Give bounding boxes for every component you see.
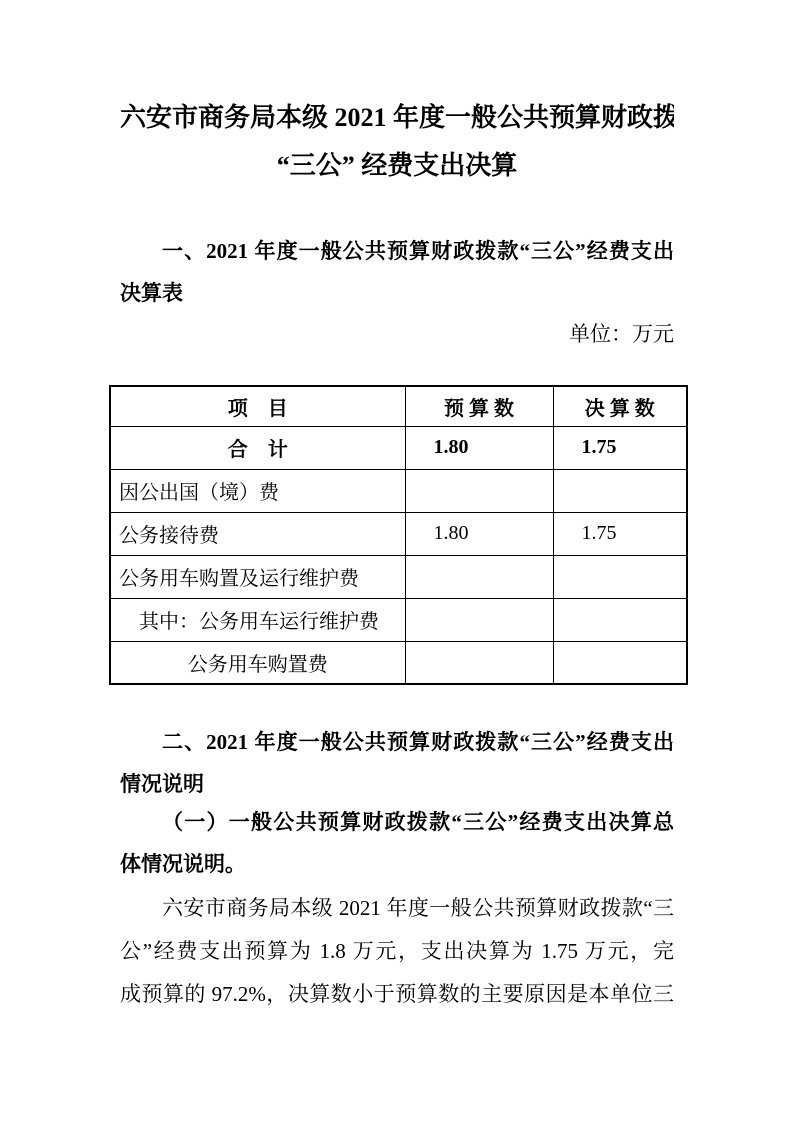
unit-label: 单位：万元 bbox=[120, 316, 674, 352]
final-cell bbox=[553, 598, 687, 641]
budget-cell bbox=[405, 555, 553, 598]
section2-sub-heading-line-1: （一）一般公共预算财政拨款“三公”经费支出决算总 bbox=[120, 801, 674, 844]
budget-cell bbox=[405, 641, 553, 684]
table-row-vehicle-maintenance: 其中：公务用车运行维护费 bbox=[110, 598, 687, 641]
item-cell: 公务用车购置及运行维护费 bbox=[110, 555, 405, 598]
final-cell: 1.75 bbox=[553, 426, 687, 469]
item-cell: 因公出国（境）费 bbox=[110, 469, 405, 512]
item-cell: 合 计 bbox=[110, 426, 405, 469]
paragraph-line-2: 公”经费支出预算为 1.8 万元，支出决算为 1.75 万元，完 bbox=[120, 930, 674, 973]
item-cell: 公务用车购置费 bbox=[110, 641, 405, 684]
section1-heading-line-2: 决算表 bbox=[120, 272, 674, 315]
paragraph-line-1: 六安市商务局本级 2021 年度一般公共预算财政拨款“三 bbox=[120, 887, 674, 930]
final-cell bbox=[553, 469, 687, 512]
section2-heading-line-2: 情况说明 bbox=[120, 763, 674, 806]
budget-cell bbox=[405, 598, 553, 641]
table-row-total: 合 计 1.80 1.75 bbox=[110, 426, 687, 469]
item-cell: 公务接待费 bbox=[110, 512, 405, 555]
table-row-vehicle-purchase: 公务用车购置费 bbox=[110, 641, 687, 684]
section2-sub-heading-line-2: 体情况说明。 bbox=[120, 843, 674, 886]
final-cell: 1.75 bbox=[553, 512, 687, 555]
section1-heading-line-1: 一、2021 年度一般公共预算财政拨款“三公”经费支出 bbox=[120, 230, 674, 273]
column-header-item: 项 目 bbox=[110, 386, 405, 426]
final-cell bbox=[553, 641, 687, 684]
document-title-line-2: “三公” 经费支出决算 bbox=[120, 142, 674, 190]
budget-cell: 1.80 bbox=[405, 426, 553, 469]
document-title-line-1: 六安市商务局本级 2021 年度一般公共预算财政拨款 bbox=[120, 94, 674, 142]
column-header-budget: 预 算 数 bbox=[405, 386, 553, 426]
table-header-row: 项 目 预 算 数 决 算 数 bbox=[110, 386, 687, 426]
column-header-final: 决 算 数 bbox=[553, 386, 687, 426]
budget-cell: 1.80 bbox=[405, 512, 553, 555]
table-row-reception: 公务接待费 1.80 1.75 bbox=[110, 512, 687, 555]
table-row-vehicle: 公务用车购置及运行维护费 bbox=[110, 555, 687, 598]
section2-heading-line-1: 二、2021 年度一般公共预算财政拨款“三公”经费支出 bbox=[120, 721, 674, 764]
table-row-abroad: 因公出国（境）费 bbox=[110, 469, 687, 512]
paragraph-line-3: 成预算的 97.2%，决算数小于预算数的主要原因是本单位三 bbox=[120, 973, 674, 1016]
expense-table: 项 目 预 算 数 决 算 数 合 计 1.80 1.75 因公出国（境）费 公… bbox=[109, 385, 688, 685]
budget-cell bbox=[405, 469, 553, 512]
document-page: 六安市商务局本级 2021 年度一般公共预算财政拨款 “三公” 经费支出决算 一… bbox=[0, 0, 793, 1122]
item-cell: 其中：公务用车运行维护费 bbox=[110, 598, 405, 641]
final-cell bbox=[553, 555, 687, 598]
